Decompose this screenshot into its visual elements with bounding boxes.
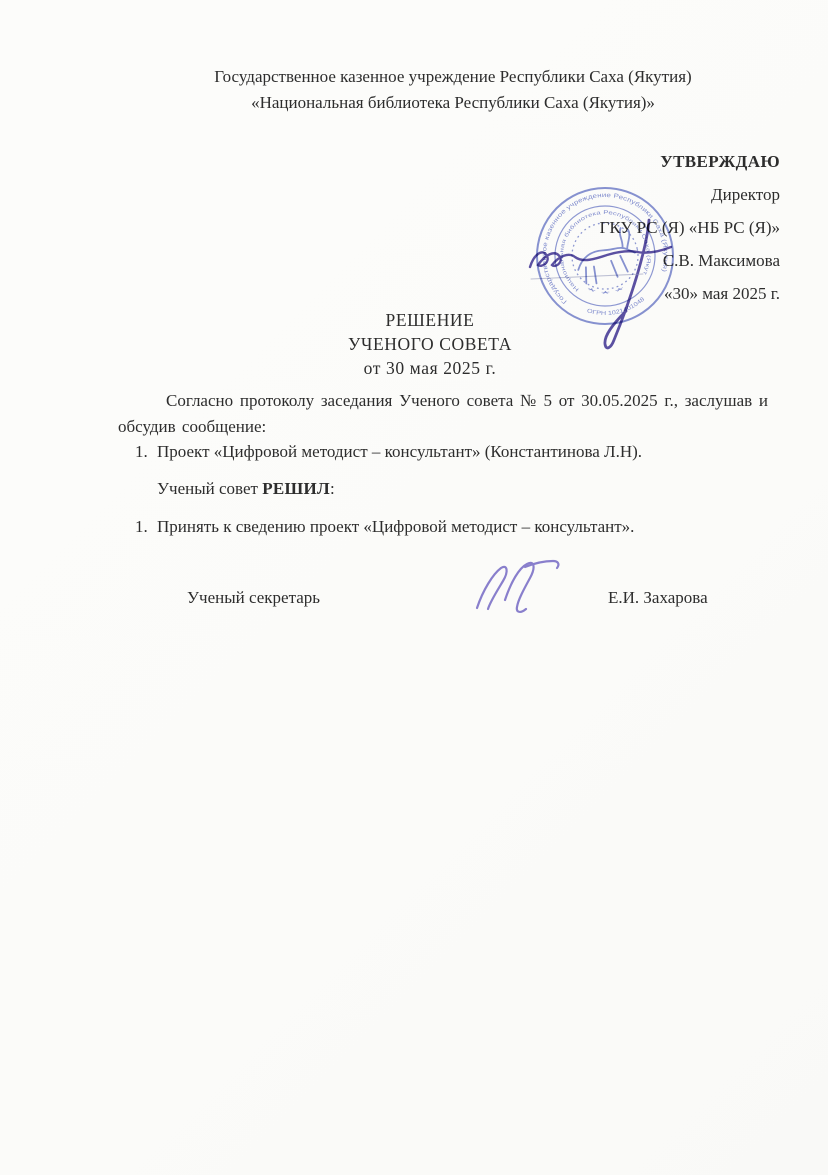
org-header: Государственное казенное учреждение Респ… bbox=[39, 64, 828, 116]
list-item-number: 1. bbox=[135, 441, 157, 463]
resolve-prefix: Ученый совет bbox=[157, 479, 262, 498]
intro-paragraph: Согласно протоколу заседания Ученого сов… bbox=[118, 388, 768, 440]
list-item-number: 1. bbox=[135, 516, 157, 538]
resolve-lead-line: Ученый совет РЕШИЛ: bbox=[157, 479, 335, 499]
list-item-text: Проект «Цифровой методист – консультант»… bbox=[157, 441, 642, 463]
signoff-name: Е.И. Захарова bbox=[608, 588, 708, 608]
scanned-document-page: Государственное казенное учреждение Респ… bbox=[0, 0, 828, 1175]
signoff-position: Ученый секретарь bbox=[187, 588, 320, 608]
resolve-suffix: : bbox=[330, 479, 335, 498]
title-line1: РЕШЕНИЕ bbox=[0, 308, 828, 332]
list-item-text: Принять к сведению проект «Цифровой мето… bbox=[157, 516, 634, 538]
title-line2: УЧЕНОГО СОВЕТА bbox=[0, 332, 828, 356]
document-title: РЕШЕНИЕ УЧЕНОГО СОВЕТА от 30 мая 2025 г. bbox=[0, 308, 828, 380]
resolution-list-item: 1. Принять к сведению проект «Цифровой м… bbox=[135, 516, 768, 538]
heard-list-item: 1. Проект «Цифровой методист – консульта… bbox=[135, 441, 768, 463]
org-name-line1: Государственное казенное учреждение Респ… bbox=[39, 64, 828, 90]
secretary-signature bbox=[455, 548, 580, 623]
approval-label: УТВЕРЖДАЮ bbox=[600, 145, 780, 178]
resolve-bold-word: РЕШИЛ bbox=[262, 479, 330, 498]
title-line3: от 30 мая 2025 г. bbox=[0, 356, 828, 380]
org-name-line2: «Национальная библиотека Республики Саха… bbox=[39, 90, 828, 116]
